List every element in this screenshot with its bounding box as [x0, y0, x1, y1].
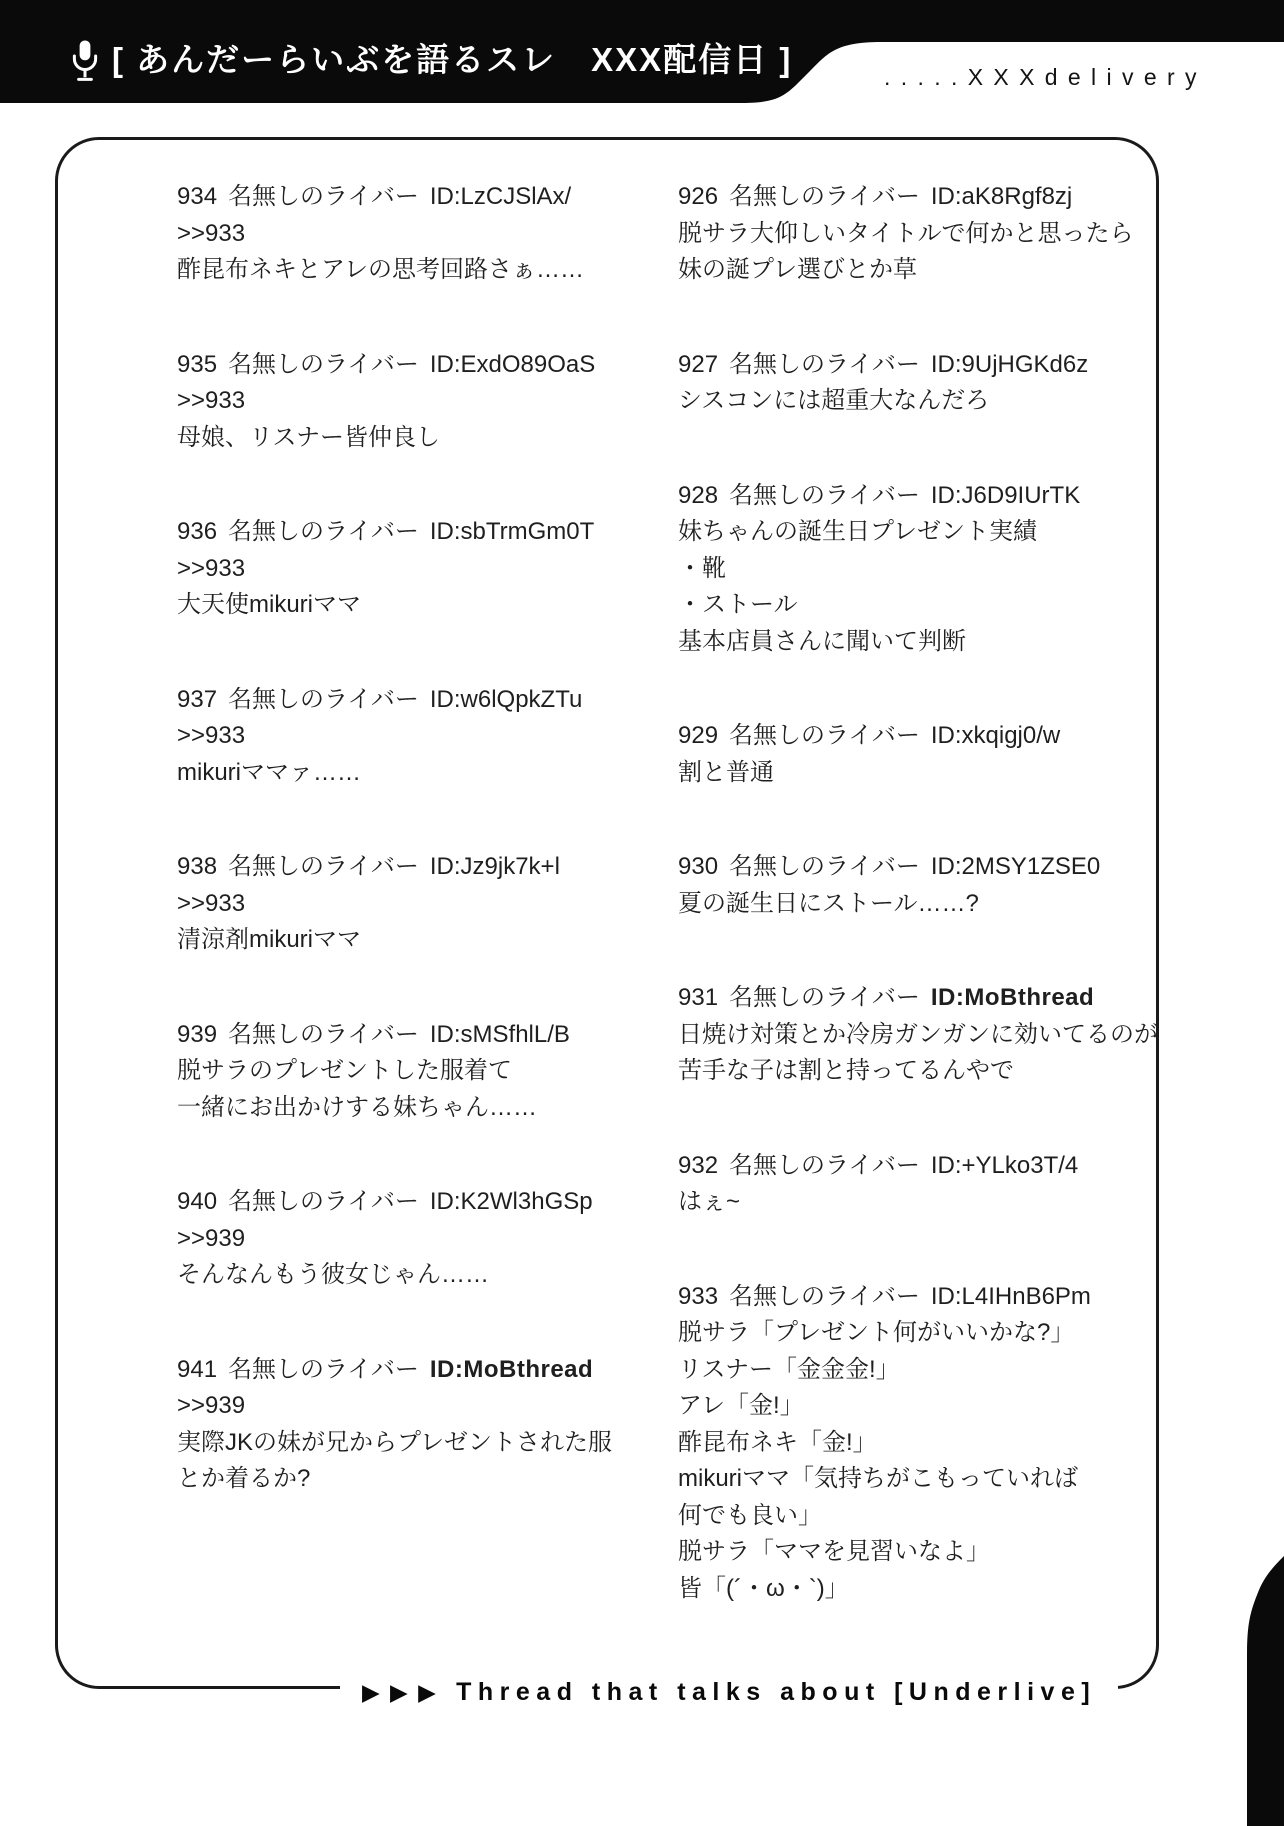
- post-938: 938名無しのライバーID:Jz9jk7k+l>>933清涼剤mikuriママ: [177, 849, 657, 959]
- microphone-icon: [68, 38, 102, 84]
- reply-anchor: >>933: [177, 383, 657, 420]
- post-number: 931: [678, 984, 718, 1011]
- poster-id: ID:MoBthread: [931, 984, 1094, 1011]
- post-text: 実際JKの妹が兄からプレゼントされた服: [177, 1425, 657, 1462]
- poster-name: 名無しのライバー: [228, 853, 419, 880]
- post-text: シスコンには超重大なんだろ: [678, 383, 1168, 420]
- post-header: 929名無しのライバーID:xkqigj0/w: [678, 718, 1168, 755]
- post-text: 苦手な子は割と持ってるんやで: [678, 1053, 1168, 1090]
- post-number: 940: [177, 1188, 217, 1215]
- reply-anchor: >>933: [177, 886, 657, 923]
- post-927: 927名無しのライバーID:9UjHGKd6zシスコンには超重大なんだろ: [678, 347, 1168, 420]
- post-header: 940名無しのライバーID:K2Wl3hGSp: [177, 1184, 657, 1221]
- post-text: 基本店員さんに聞いて判断: [678, 624, 1168, 661]
- post-text: 酢昆布ネキとアレの思考回路さぁ……: [177, 252, 657, 289]
- poster-name: 名無しのライバー: [228, 183, 419, 210]
- poster-id: ID:L4IHnB6Pm: [931, 1283, 1091, 1310]
- post-text: 大天使mikuriママ: [177, 587, 657, 624]
- post-text: mikuriママ「気持ちがこもっていれば: [678, 1461, 1168, 1498]
- post-number: 935: [177, 351, 217, 378]
- post-header: 932名無しのライバーID:+YLko3T/4: [678, 1148, 1168, 1185]
- footer-triangles-icon: ▶▶▶: [362, 1679, 446, 1706]
- poster-name: 名無しのライバー: [729, 351, 920, 378]
- post-header: 939名無しのライバーID:sMSfhlL/B: [177, 1017, 657, 1054]
- post-number: 937: [177, 686, 217, 713]
- post-number: 932: [678, 1152, 718, 1179]
- post-header: 931名無しのライバーID:MoBthread: [678, 980, 1168, 1017]
- poster-name: 名無しのライバー: [228, 518, 419, 545]
- post-header: 937名無しのライバーID:w6lQpkZTu: [177, 682, 657, 719]
- footer: ▶▶▶ Thread that talks about [Underlive]: [340, 1669, 1118, 1715]
- poster-name: 名無しのライバー: [228, 1021, 419, 1048]
- post-text: そんなんもう彼女じゃん……: [177, 1257, 657, 1294]
- post-926: 926名無しのライバーID:aK8Rgf8zj脱サラ大仰しいタイトルで何かと思っ…: [678, 179, 1168, 289]
- post-933: 933名無しのライバーID:L4IHnB6Pm脱サラ「プレゼント何がいいかな?」…: [678, 1279, 1168, 1608]
- post-number: 929: [678, 722, 718, 749]
- poster-name: 名無しのライバー: [228, 1188, 419, 1215]
- post-text: 妹ちゃんの誕生日プレゼント実績: [678, 514, 1168, 551]
- post-940: 940名無しのライバーID:K2Wl3hGSp>>939そんなんもう彼女じゃん……: [177, 1184, 657, 1294]
- thread-column-right: 926名無しのライバーID:aK8Rgf8zj脱サラ大仰しいタイトルで何かと思っ…: [678, 179, 1168, 1665]
- reply-anchor: >>939: [177, 1388, 657, 1425]
- post-number: 927: [678, 351, 718, 378]
- poster-name: 名無しのライバー: [729, 853, 920, 880]
- poster-name: 名無しのライバー: [729, 482, 920, 509]
- post-text: 清涼剤mikuriママ: [177, 922, 657, 959]
- post-936: 936名無しのライバーID:sbTrmGm0T>>933大天使mikuriママ: [177, 514, 657, 624]
- post-text: 母娘、リスナー皆仲良し: [177, 420, 657, 457]
- post-934: 934名無しのライバーID:LzCJSlAx/>>933酢昆布ネキとアレの思考回…: [177, 179, 657, 289]
- post-text: 脱サラのプレゼントした服着て: [177, 1053, 657, 1090]
- post-header: 941名無しのライバーID:MoBthread: [177, 1352, 657, 1389]
- bottom-corner-decoration: [1238, 1556, 1284, 1826]
- reply-anchor: >>933: [177, 718, 657, 755]
- post-text: リスナー「金金金!」: [678, 1352, 1168, 1389]
- manga-thread-page: [ あんだーらいぶを語るスレ XXX配信日 ] .....XXXdelivery…: [0, 0, 1284, 1826]
- poster-name: 名無しのライバー: [228, 686, 419, 713]
- post-number: 941: [177, 1356, 217, 1383]
- poster-id: ID:xkqigj0/w: [931, 722, 1060, 749]
- post-text: 脱サラ大仰しいタイトルで何かと思ったら: [678, 216, 1168, 253]
- post-939: 939名無しのライバーID:sMSfhlL/B脱サラのプレゼントした服着て一緒に…: [177, 1017, 657, 1127]
- post-937: 937名無しのライバーID:w6lQpkZTu>>933mikuriママァ……: [177, 682, 657, 792]
- post-header: 926名無しのライバーID:aK8Rgf8zj: [678, 179, 1168, 216]
- thread-title: [ あんだーらいぶを語るスレ XXX配信日 ]: [112, 40, 792, 80]
- post-header: 927名無しのライバーID:9UjHGKd6z: [678, 347, 1168, 384]
- poster-name: 名無しのライバー: [228, 351, 419, 378]
- post-text: mikuriママァ……: [177, 755, 657, 792]
- poster-name: 名無しのライバー: [228, 1356, 419, 1383]
- post-text: 脱サラ「ママを見習いなよ」: [678, 1534, 1168, 1571]
- post-935: 935名無しのライバーID:ExdO89OaS>>933母娘、リスナー皆仲良し: [177, 347, 657, 457]
- post-header: 933名無しのライバーID:L4IHnB6Pm: [678, 1279, 1168, 1316]
- post-header: 936名無しのライバーID:sbTrmGm0T: [177, 514, 657, 551]
- poster-name: 名無しのライバー: [729, 183, 920, 210]
- post-text: とか着るか?: [177, 1461, 657, 1498]
- footer-label: Thread that talks about [Underlive]: [456, 1678, 1096, 1707]
- poster-id: ID:MoBthread: [430, 1356, 593, 1383]
- thread-column-left: 934名無しのライバーID:LzCJSlAx/>>933酢昆布ネキとアレの思考回…: [177, 179, 657, 1556]
- post-text: ・ストール: [678, 587, 1168, 624]
- post-931: 931名無しのライバーID:MoBthread日焼け対策とか冷房ガンガンに効いて…: [678, 980, 1168, 1090]
- post-text: 夏の誕生日にストール……?: [678, 886, 1168, 923]
- poster-id: ID:sbTrmGm0T: [430, 518, 594, 545]
- post-text: ・靴: [678, 551, 1168, 588]
- poster-name: 名無しのライバー: [729, 984, 920, 1011]
- delivery-watermark: .....XXXdelivery: [884, 64, 1207, 91]
- poster-id: ID:2MSY1ZSE0: [931, 853, 1100, 880]
- post-number: 938: [177, 853, 217, 880]
- poster-id: ID:K2Wl3hGSp: [430, 1188, 593, 1215]
- poster-name: 名無しのライバー: [729, 1152, 920, 1179]
- reply-anchor: >>933: [177, 216, 657, 253]
- post-text: アレ「金!」: [678, 1388, 1168, 1425]
- post-header: 934名無しのライバーID:LzCJSlAx/: [177, 179, 657, 216]
- post-number: 930: [678, 853, 718, 880]
- post-text: はぇ~: [678, 1184, 1168, 1221]
- post-928: 928名無しのライバーID:J6D9IUrTK妹ちゃんの誕生日プレゼント実績・靴…: [678, 478, 1168, 661]
- post-number: 934: [177, 183, 217, 210]
- poster-id: ID:sMSfhlL/B: [430, 1021, 570, 1048]
- post-header: 930名無しのライバーID:2MSY1ZSE0: [678, 849, 1168, 886]
- poster-id: ID:+YLko3T/4: [931, 1152, 1078, 1179]
- reply-anchor: >>939: [177, 1221, 657, 1258]
- post-941: 941名無しのライバーID:MoBthread>>939実際JKの妹が兄からプレ…: [177, 1352, 657, 1498]
- post-932: 932名無しのライバーID:+YLko3T/4はぇ~: [678, 1148, 1168, 1221]
- post-text: 酢昆布ネキ「金!」: [678, 1425, 1168, 1462]
- post-929: 929名無しのライバーID:xkqigj0/w割と普通: [678, 718, 1168, 791]
- poster-id: ID:Jz9jk7k+l: [430, 853, 560, 880]
- post-text: 皆「(´・ω・`)」: [678, 1571, 1168, 1608]
- post-header: 935名無しのライバーID:ExdO89OaS: [177, 347, 657, 384]
- reply-anchor: >>933: [177, 551, 657, 588]
- post-number: 928: [678, 482, 718, 509]
- post-text: 一緒にお出かけする妹ちゃん……: [177, 1090, 657, 1127]
- post-text: 脱サラ「プレゼント何がいいかな?」: [678, 1315, 1168, 1352]
- post-number: 933: [678, 1283, 718, 1310]
- post-text: 日焼け対策とか冷房ガンガンに効いてるのが: [678, 1017, 1168, 1054]
- poster-id: ID:aK8Rgf8zj: [931, 183, 1072, 210]
- poster-id: ID:w6lQpkZTu: [430, 686, 582, 713]
- poster-name: 名無しのライバー: [729, 1283, 920, 1310]
- poster-id: ID:LzCJSlAx/: [430, 183, 571, 210]
- post-header: 938名無しのライバーID:Jz9jk7k+l: [177, 849, 657, 886]
- post-header: 928名無しのライバーID:J6D9IUrTK: [678, 478, 1168, 515]
- post-text: 妹の誕プレ選びとか草: [678, 252, 1168, 289]
- poster-id: ID:9UjHGKd6z: [931, 351, 1088, 378]
- poster-id: ID:ExdO89OaS: [430, 351, 595, 378]
- post-text: 割と普通: [678, 755, 1168, 792]
- poster-id: ID:J6D9IUrTK: [931, 482, 1080, 509]
- post-text: 何でも良い」: [678, 1498, 1168, 1535]
- post-930: 930名無しのライバーID:2MSY1ZSE0夏の誕生日にストール……?: [678, 849, 1168, 922]
- poster-name: 名無しのライバー: [729, 722, 920, 749]
- post-number: 926: [678, 183, 718, 210]
- post-number: 936: [177, 518, 217, 545]
- post-number: 939: [177, 1021, 217, 1048]
